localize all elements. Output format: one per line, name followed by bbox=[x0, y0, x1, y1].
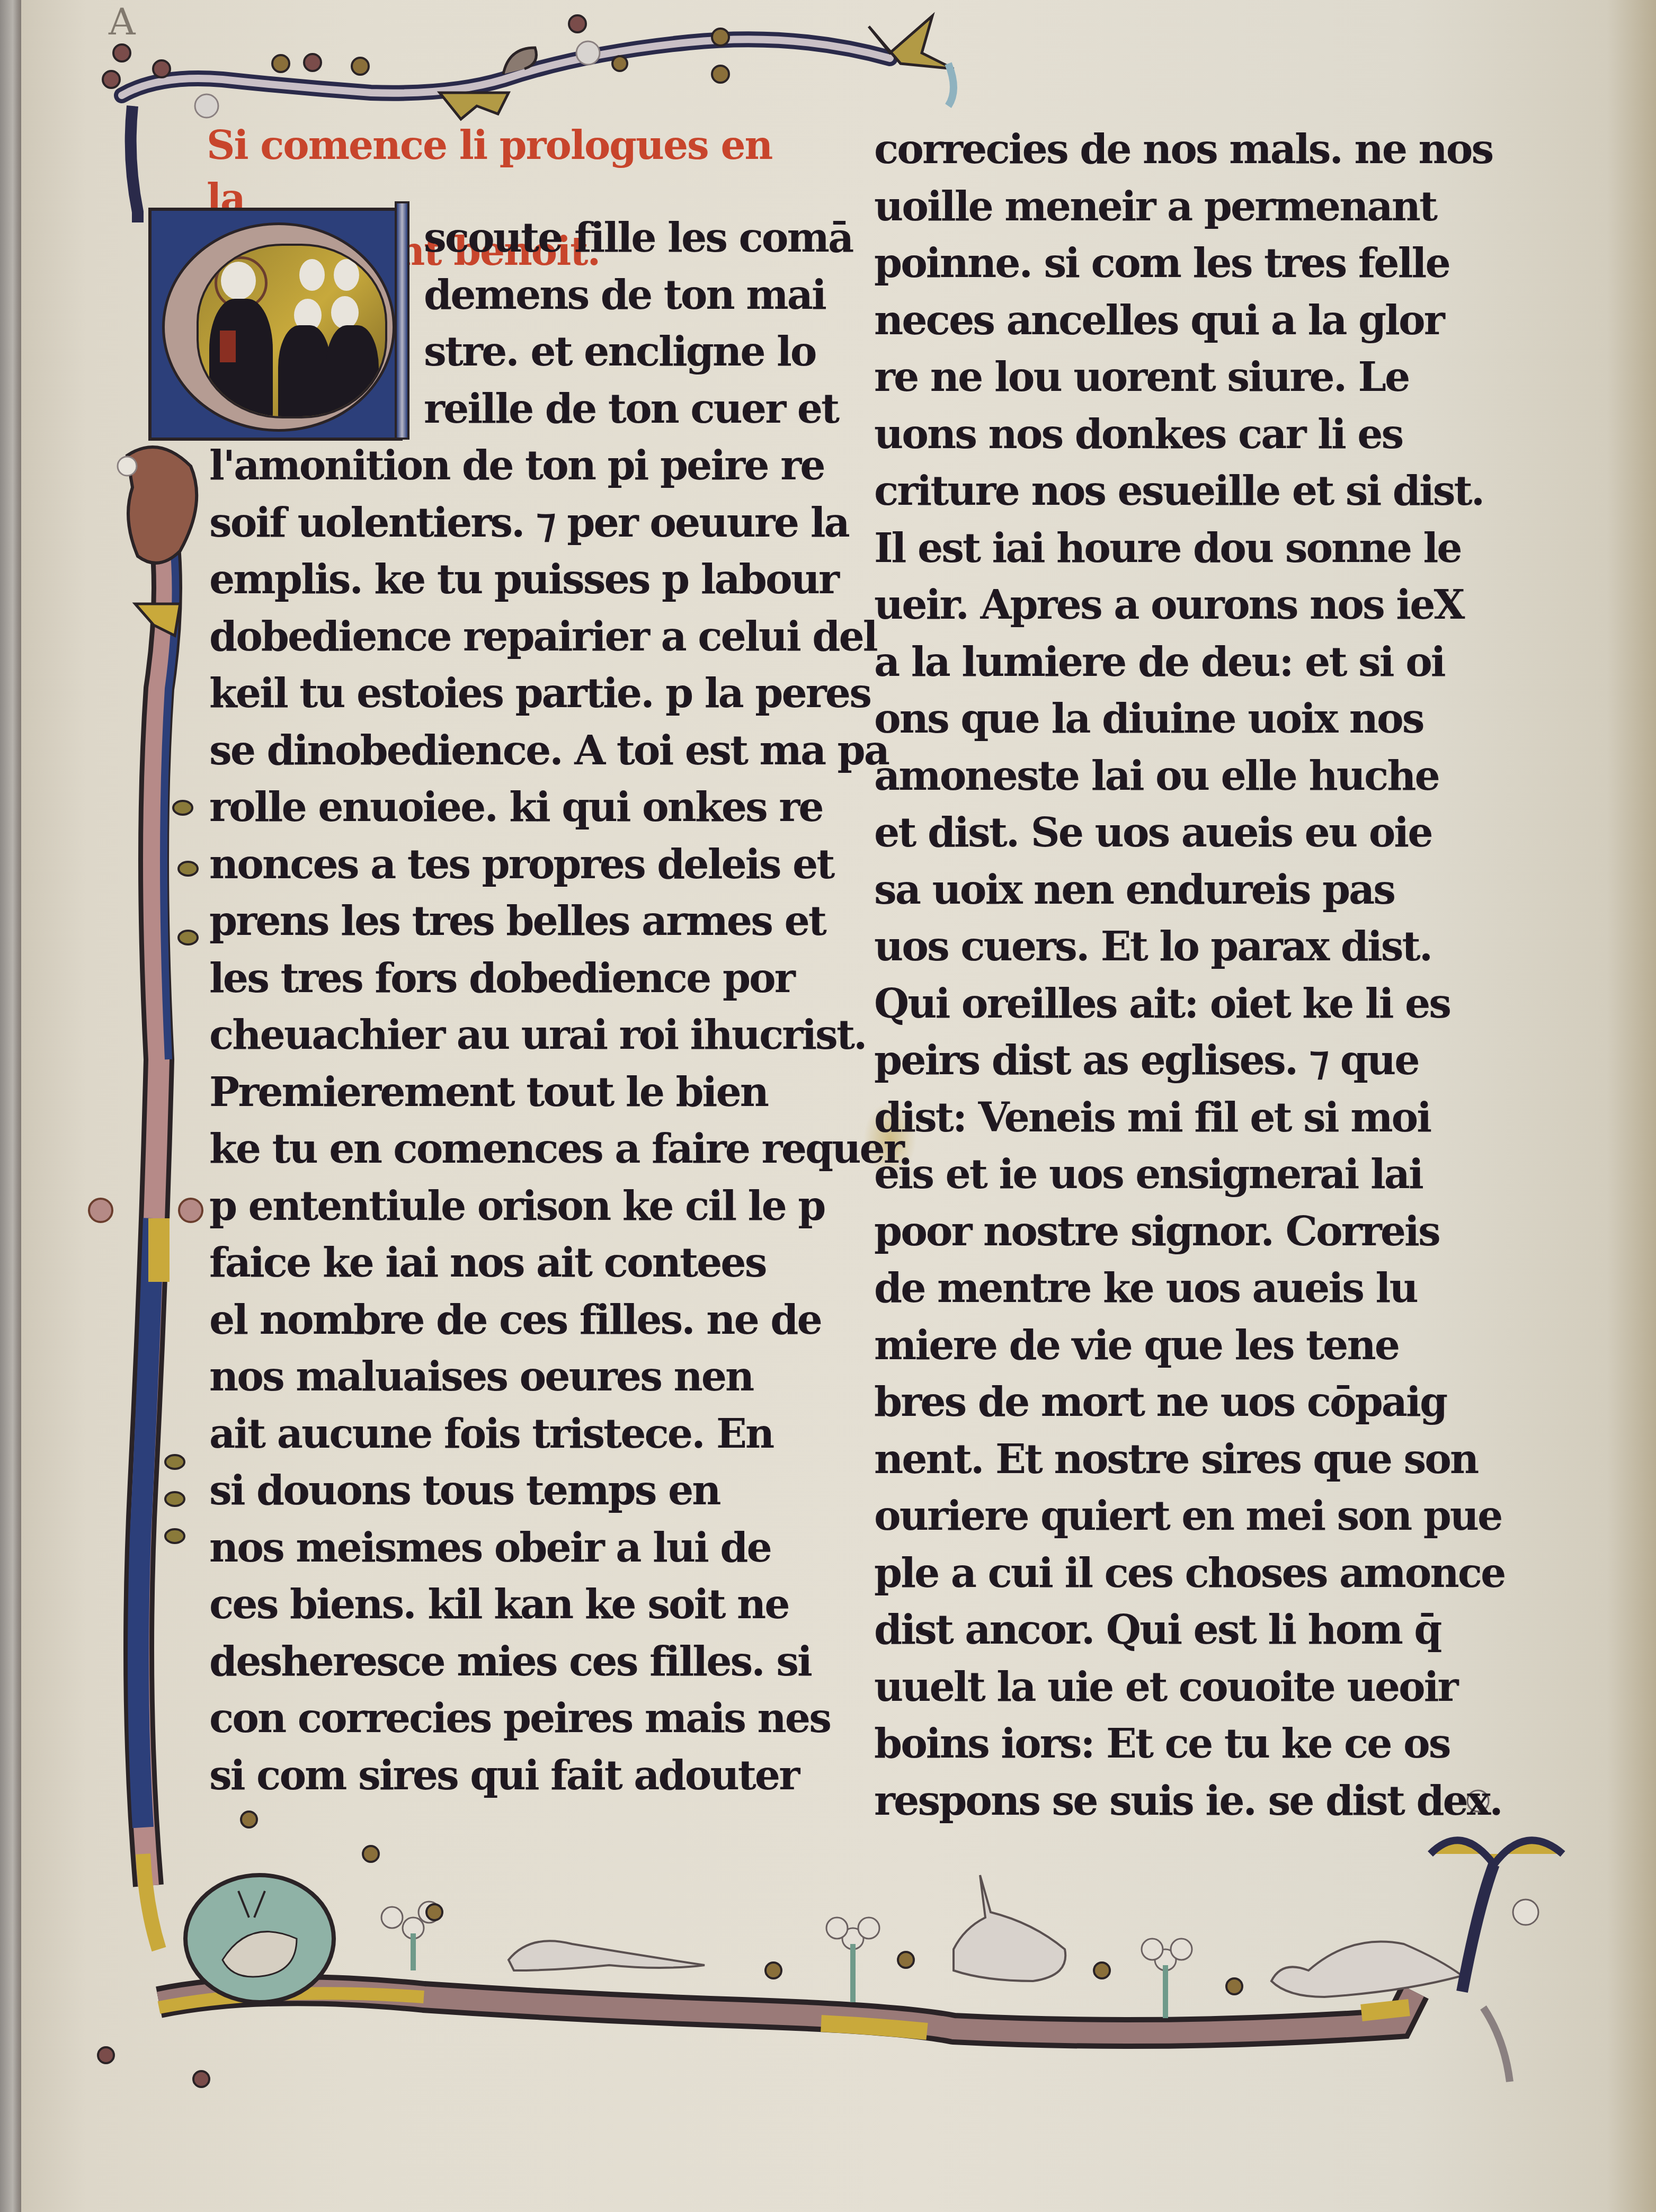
text-column-right: correcies de nos mals. ne nos uoille men… bbox=[874, 121, 1473, 1829]
text-line: peirs dist as eglises. ⁊ que bbox=[874, 1032, 1473, 1089]
text-line: scoute fille les comā bbox=[209, 209, 808, 266]
text-line: re ne lou uorent siure. Le bbox=[874, 349, 1473, 406]
text-line: Premierement tout le bien bbox=[209, 1064, 808, 1121]
text-line: respons se suis ie. se dist dex. bbox=[874, 1772, 1473, 1830]
text-line: bres de mort ne uos cōpaig bbox=[874, 1373, 1473, 1431]
text-line: eis et ie uos ensignerai lai bbox=[874, 1146, 1473, 1203]
text-line: poor nostre signor. Correis bbox=[874, 1203, 1473, 1260]
text-line: correcies de nos mals. ne nos bbox=[874, 121, 1473, 178]
text-line: ces biens. kil kan ke soit ne bbox=[209, 1576, 808, 1633]
text-line: uuelt la uie et couoite ueoir bbox=[874, 1658, 1473, 1716]
text-line: ait aucune fois tristece. En bbox=[209, 1405, 808, 1462]
text-line: faice ke iai nos ait contees bbox=[209, 1234, 808, 1291]
text-line: si douons tous temps en bbox=[209, 1462, 808, 1519]
text-column-left: scoute fille les comā demens de ton mai … bbox=[209, 209, 808, 1804]
text-line: ple a cui il ces choses amonce bbox=[874, 1545, 1473, 1602]
text-line: boins iors: Et ce tu ke ce os bbox=[874, 1715, 1473, 1772]
text-line: Il est iai houre dou sonne le bbox=[874, 520, 1473, 577]
top-vine-icon bbox=[103, 15, 954, 119]
weasel-icon bbox=[509, 1941, 705, 1970]
text-line: con correcies peires mais nes bbox=[209, 1690, 808, 1747]
text-line: miere de vie que les tene bbox=[874, 1317, 1473, 1374]
text-line: de mentre ke uos aueis lu bbox=[874, 1260, 1473, 1317]
text-line: criture nos esueille et si dist. bbox=[874, 462, 1473, 520]
text-line: sa uoix nen endureis pas bbox=[874, 861, 1473, 918]
text-line: p ententiule orison ke cil le p bbox=[209, 1178, 808, 1235]
text-line: dobedience repairier a celui del bbox=[209, 608, 808, 665]
text-line: dist: Veneis mi fil et si moi bbox=[874, 1089, 1473, 1146]
text-line: ouriere quiert en mei son pue bbox=[874, 1487, 1473, 1545]
text-line: reille de ton cuer et bbox=[209, 380, 808, 438]
text-line: demens de ton mai bbox=[209, 266, 808, 324]
text-line: uos cuers. Et lo parax dist. bbox=[874, 918, 1473, 975]
text-line: cheuachier au urai roi ihucrist. bbox=[209, 1006, 808, 1064]
text-line: amoneste lai ou elle huche bbox=[874, 747, 1473, 805]
text-line: desheresce mies ces filles. si bbox=[209, 1633, 808, 1690]
text-line: nos meismes obeir a lui de bbox=[209, 1519, 808, 1576]
text-line: nonces a tes propres deleis et bbox=[209, 836, 808, 893]
text-line: l'amonition de ton pi peire re bbox=[209, 437, 808, 494]
text-line: dist ancor. Qui est li hom q̄ bbox=[874, 1601, 1473, 1658]
text-line: ons que la diuine uoix nos bbox=[874, 690, 1473, 747]
text-line: nos maluaises oeures nen bbox=[209, 1348, 808, 1405]
hound-icon bbox=[1271, 1942, 1462, 1997]
text-line: neces ancelles qui a la glor bbox=[874, 292, 1473, 349]
text-line: ke tu en comences a faire requer bbox=[209, 1120, 808, 1178]
text-line: stre. et encligne lo bbox=[209, 323, 808, 380]
text-line: si com sires qui fait adouter bbox=[209, 1747, 808, 1804]
text-line: et dist. Se uos aueis eu oie bbox=[874, 804, 1473, 861]
text-line: poinne. si com les tres felle bbox=[874, 235, 1473, 292]
hare-icon bbox=[954, 1875, 1065, 1981]
text-line: les tres fors dobedience por bbox=[209, 950, 808, 1007]
text-line: ueir. Apres a ourons nos ieX bbox=[874, 576, 1473, 634]
text-line: emplis. ke tu puisses p labour bbox=[209, 551, 808, 608]
text-line: keil tu estoies partie. p la peres bbox=[209, 665, 808, 722]
text-line: el nombre de ces filles. ne de bbox=[209, 1291, 808, 1349]
bottom-vine-bar bbox=[98, 1790, 1563, 2087]
text-line: nent. Et nostre sires que son bbox=[874, 1431, 1473, 1488]
text-line: rolle enuoiee. ki qui onkes re bbox=[209, 779, 808, 836]
text-line: uons nos donkes car li es bbox=[874, 406, 1473, 463]
text-line: se dinobedience. A toi est ma pa bbox=[209, 722, 808, 779]
text-line: a la lumiere de deu: et si oi bbox=[874, 634, 1473, 691]
text-line: soif uolentiers. ⁊ per oeuure la bbox=[209, 494, 808, 551]
text-line: prens les tres belles armes et bbox=[209, 893, 808, 950]
text-line: Qui oreilles ait: oiet ke li es bbox=[874, 975, 1473, 1032]
text-line: uoille meneir a permenant bbox=[874, 178, 1473, 235]
